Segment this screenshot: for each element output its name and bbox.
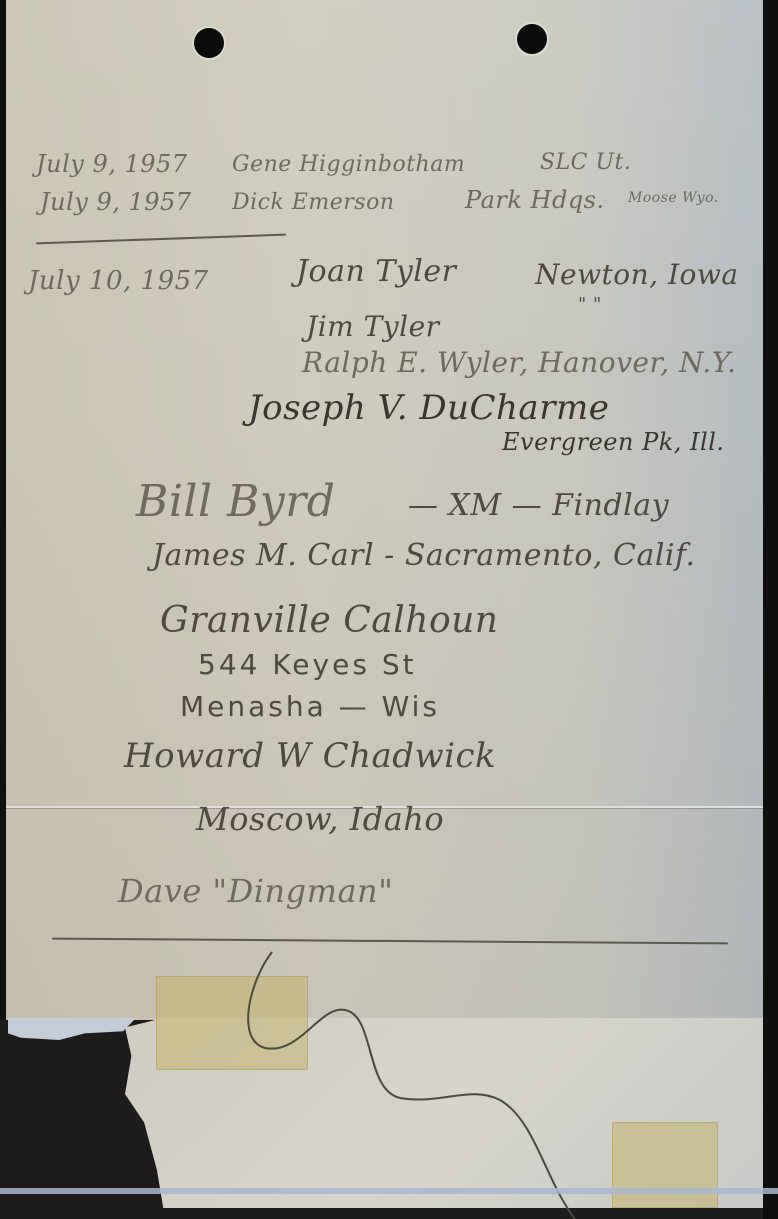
display-shelf-edge bbox=[0, 1188, 778, 1194]
string-wire bbox=[0, 0, 778, 1219]
